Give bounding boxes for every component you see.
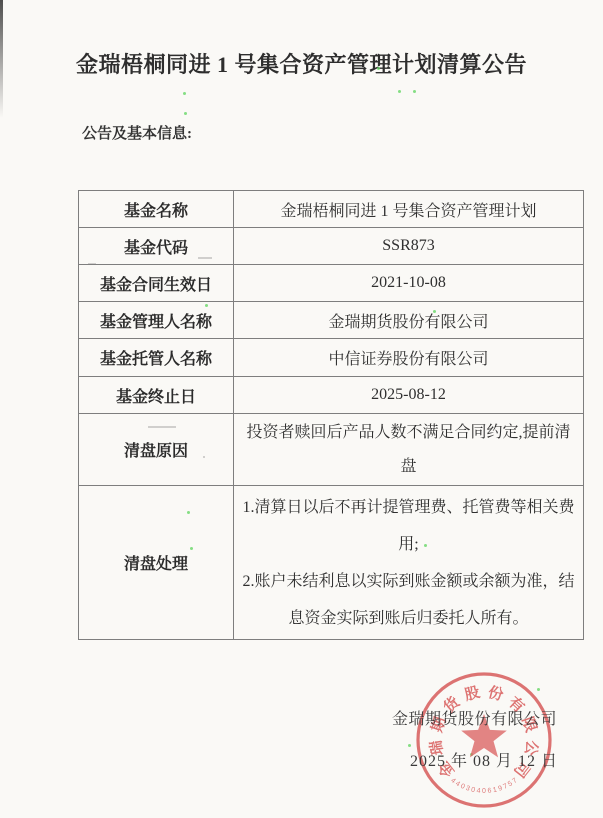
section-heading: 公告及基本信息: — [82, 122, 192, 143]
row-value: 2025-08-12 — [234, 377, 584, 414]
signature-company: 金瑞期货股份有限公司 — [392, 706, 557, 729]
table-row-termination-date: 基金终止日 2025-08-12 — [79, 377, 584, 414]
page-title: 金瑞梧桐同进 1 号集合资产管理计划清算公告 — [0, 48, 603, 79]
row-label: 基金管理人名称 — [79, 302, 234, 339]
handling-item-1: 1.清算日以后不再计提管理费、托管费等相关费用; — [242, 489, 575, 563]
table-row-effective-date: 基金合同生效日 2021-10-08 — [79, 265, 584, 302]
row-value: 中信证券股份有限公司 — [234, 339, 584, 377]
signature-date: 2025 年 08 月 12 日 — [410, 748, 558, 771]
svg-text:6: 6 — [487, 788, 492, 795]
svg-text:0: 0 — [482, 788, 486, 795]
row-label: 基金托管人名称 — [79, 339, 234, 377]
company-seal-stamp: 金瑞期货股份有限公司 4403040619757 — [414, 670, 554, 810]
seal-graphic: 金瑞期货股份有限公司 4403040619757 — [414, 670, 554, 810]
table-row-manager: 基金管理人名称 金瑞期货股份有限公司 — [79, 302, 584, 339]
table-row-liquidation-handling: 清盘处理 1.清算日以后不再计提管理费、托管费等相关费用; 2.账户未结利息以实… — [79, 486, 584, 640]
table-row-fund-code: 基金代码 SSR873 — [79, 228, 584, 265]
row-value: SSR873 — [234, 228, 584, 265]
svg-text:份: 份 — [486, 683, 505, 704]
table-row-liquidation-reason: 清盘原因 投资者赎回后产品人数不满足合同约定,提前清盘 — [79, 414, 584, 486]
row-label: 清盘原因 — [79, 414, 234, 486]
fund-info-table: 基金名称 金瑞梧桐同进 1 号集合资产管理计划 基金代码 SSR873 基金合同… — [78, 190, 584, 640]
row-value: 金瑞梧桐同进 1 号集合资产管理计划 — [234, 191, 584, 228]
document-page: 金瑞梧桐同进 1 号集合资产管理计划清算公告 公告及基本信息: 基金名称 金瑞梧… — [0, 0, 603, 818]
svg-text:4: 4 — [476, 788, 481, 795]
table-row-custodian: 基金托管人名称 中信证券股份有限公司 — [79, 339, 584, 377]
svg-text:股: 股 — [463, 683, 483, 704]
row-value: 2021-10-08 — [234, 265, 584, 302]
row-label: 基金合同生效日 — [79, 265, 234, 302]
row-value: 投资者赎回后产品人数不满足合同约定,提前清盘 — [234, 414, 584, 486]
seal-serial-number: 4403040619757 — [449, 777, 518, 795]
handling-item-2: 2.账户未结利息以实际到账金额或余额为准，结息资金实际到账后归委托人所有。 — [242, 563, 575, 637]
row-label: 清盘处理 — [79, 486, 234, 640]
row-value: 1.清算日以后不再计提管理费、托管费等相关费用; 2.账户未结利息以实际到账金额… — [234, 486, 584, 640]
table-row-fund-name: 基金名称 金瑞梧桐同进 1 号集合资产管理计划 — [79, 191, 584, 228]
row-label: 基金名称 — [79, 191, 234, 228]
row-label: 基金终止日 — [79, 377, 234, 414]
row-value: 金瑞期货股份有限公司 — [234, 302, 584, 339]
svg-text:0: 0 — [470, 786, 475, 794]
